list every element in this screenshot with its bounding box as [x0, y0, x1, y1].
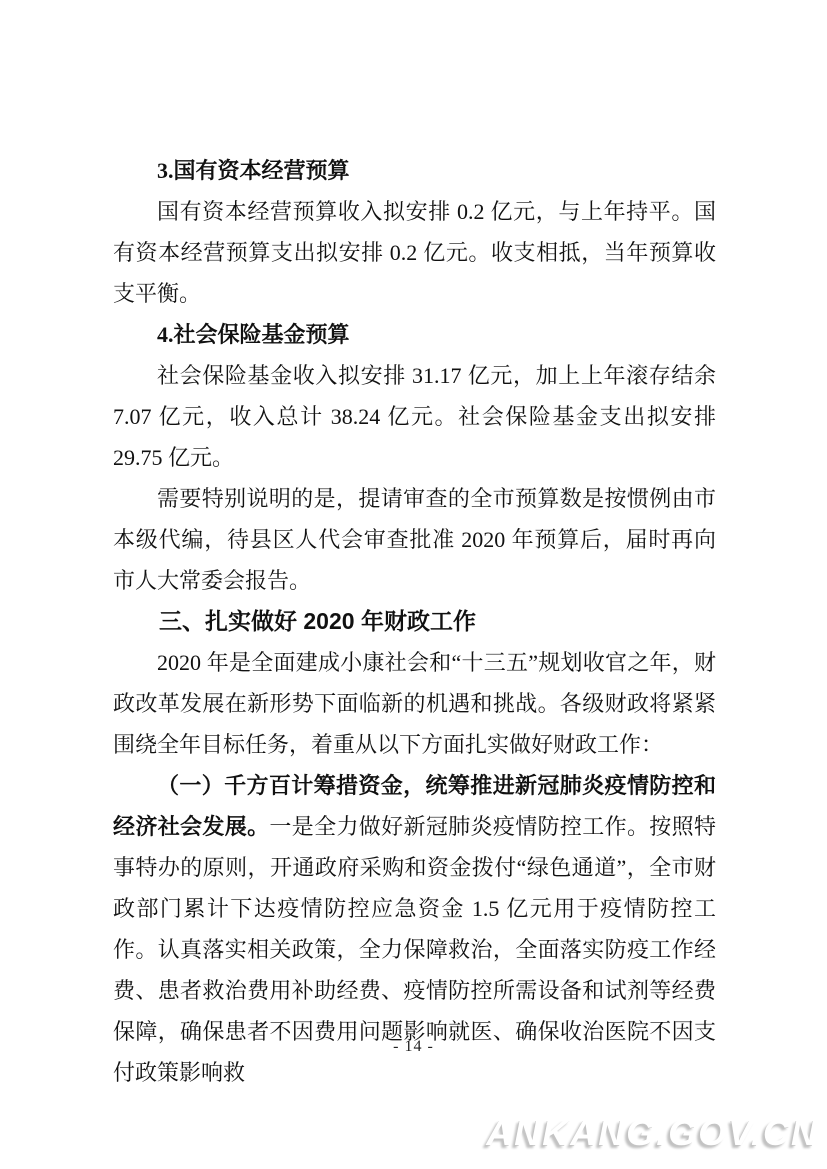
page-number: - 14 - [0, 1038, 827, 1056]
para-special-note: 需要特别说明的是，提请审查的全市预算数是按惯例由市本级代编，待县区人代会审查批准… [113, 478, 716, 601]
para-state-capital-budget: 国有资本经营预算收入拟安排 0.2 亿元，与上年持平。国有资本经营预算支出拟安排… [113, 191, 716, 314]
para-2020-outlook: 2020 年是全面建成小康社会和“十三五”规划收官之年，财政改革发展在新形势下面… [113, 642, 716, 765]
watermark-ankang-gov-cn: ANKANG.GOV.CN [486, 1112, 819, 1154]
para-social-insurance-budget: 社会保险基金收入拟安排 31.17 亿元，加上上年滚存结余 7.07 亿元，收入… [113, 355, 716, 478]
heading-section-three: 三、扎实做好 2020 年财政工作 [113, 601, 716, 642]
heading-state-capital-budget: 3.国有资本经营预算 [113, 150, 716, 191]
heading-social-insurance-budget: 4.社会保险基金预算 [113, 314, 716, 355]
document-body: 3.国有资本经营预算 国有资本经营预算收入拟安排 0.2 亿元，与上年持平。国有… [113, 150, 716, 1093]
document-page: 3.国有资本经营预算 国有资本经营预算收入拟安排 0.2 亿元，与上年持平。国有… [0, 0, 827, 1169]
